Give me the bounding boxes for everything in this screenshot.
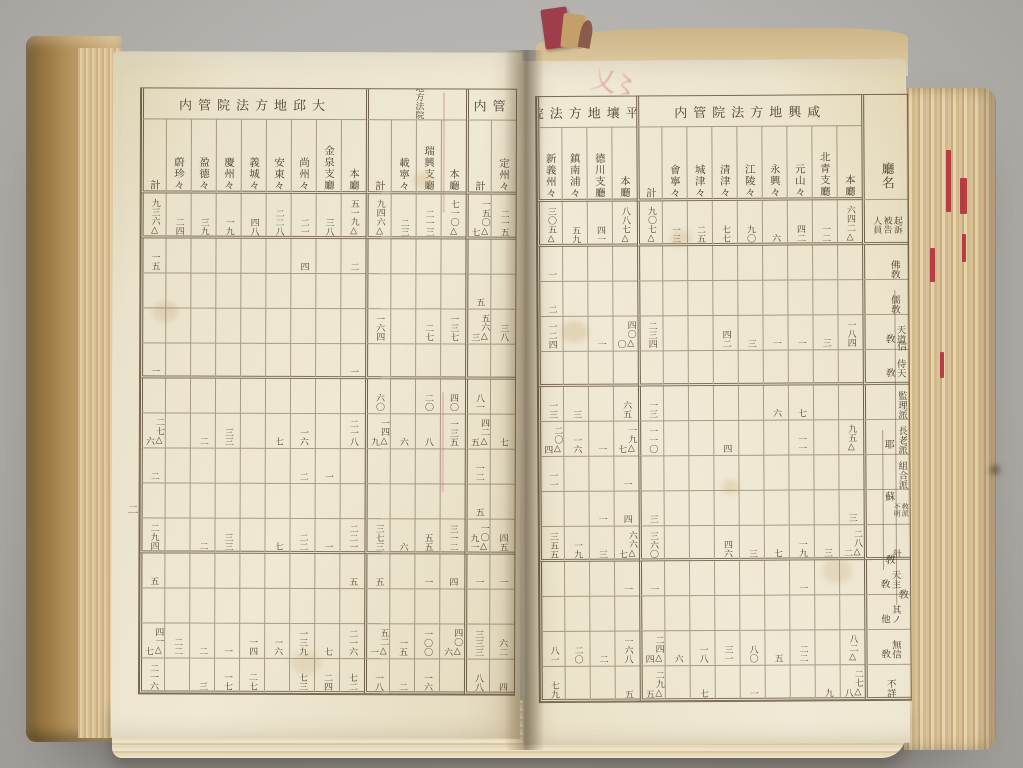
table-cell: △六六七: [614, 526, 639, 561]
table-cell: 一七: [214, 659, 239, 694]
table-cell: 七: [764, 526, 789, 561]
table-cell: [589, 562, 614, 597]
table-cell: [340, 484, 365, 519]
table-cell: [215, 274, 240, 309]
office-name: 盈德々: [191, 120, 216, 194]
table-cell: 一: [589, 492, 614, 527]
table-cell: 三: [812, 315, 837, 350]
table-cell: [415, 449, 440, 484]
office-name: 德川支廳: [586, 128, 611, 202]
table-cell: [315, 414, 340, 449]
office-name: 城津々: [686, 127, 711, 201]
table-cell: [664, 561, 689, 596]
office-name-corner-label: 廳名: [861, 95, 908, 200]
table-cell: [813, 455, 838, 490]
table-cell: 二二一: [339, 519, 364, 554]
table-cell: [663, 386, 688, 421]
table-cell: [564, 597, 589, 632]
table-cell: [714, 491, 739, 526]
table-cell: [787, 245, 812, 280]
table-cell: 二: [189, 624, 214, 659]
table-cell: 一: [315, 449, 340, 484]
office-name: 鎮南浦々: [561, 128, 586, 202]
table-cell: [165, 413, 190, 448]
table-cell: [665, 666, 690, 701]
table-cell: 二〇: [564, 632, 589, 667]
table-cell: [240, 239, 265, 274]
table-cell: [165, 238, 190, 273]
table-cell: [340, 309, 365, 344]
table-cell: △二八二: [839, 525, 864, 560]
table-cell: [765, 666, 790, 701]
table-cell: 四八: [241, 194, 266, 239]
table-cell: [390, 344, 415, 379]
table-cell: [637, 281, 662, 316]
table-cell: [264, 554, 289, 589]
table-cell: 一八: [689, 631, 714, 666]
table-cell: △二七八: [840, 665, 865, 700]
table-cell: △六四二: [837, 200, 862, 245]
table-cell: 七七: [712, 201, 737, 246]
table-cell: 四: [713, 421, 738, 456]
office-name: 計: [636, 127, 661, 201]
table-cell: [688, 421, 713, 456]
office-name: 計: [466, 121, 491, 195]
table-cell: [289, 589, 314, 624]
table-cell: [739, 561, 764, 596]
age-spot: [413, 172, 433, 188]
table-cell: 一: [414, 554, 439, 589]
office-name: 永興々: [761, 127, 786, 201]
table-cell: [837, 280, 862, 315]
table-cell: [314, 589, 339, 624]
table-cell: [415, 484, 440, 519]
office-name: 計: [141, 119, 166, 193]
table-cell: [812, 245, 837, 280]
table-cell: [790, 665, 815, 700]
table-cell: [139, 588, 164, 623]
table-cell: [239, 554, 264, 589]
age-spot: [670, 230, 692, 246]
table-cell: 一九: [564, 527, 589, 562]
table-cell: 二: [190, 414, 215, 449]
red-guide-line: [442, 392, 444, 492]
table-cell: [215, 449, 240, 484]
office-name: 慶州々: [216, 120, 241, 194]
table-cell: [638, 456, 663, 491]
table-cell: 二一: [291, 194, 316, 239]
table-cell: [763, 421, 788, 456]
age-spot: [822, 559, 852, 583]
table-cell: [240, 344, 265, 379]
table-cell: 五: [364, 554, 389, 589]
ribbon-mark: [962, 234, 966, 262]
table-cell: 一: [789, 560, 814, 595]
table-cell: [164, 518, 189, 553]
table-cell: 三: [639, 491, 664, 526]
table-cell: [390, 484, 415, 519]
table-cell: 六〇: [365, 379, 390, 414]
table-cell: [689, 491, 714, 526]
table-cell: 一五: [389, 624, 414, 659]
table-cell: 二一六: [339, 624, 364, 659]
table-cell: [390, 449, 415, 484]
table-cell: 一: [639, 561, 664, 596]
table-cell: [240, 309, 265, 344]
table-cell: [315, 379, 340, 414]
table-cell: [813, 350, 838, 385]
table-cell: [689, 561, 714, 596]
table-cell: 二〇: [415, 379, 440, 414]
table-cell: 一: [314, 519, 339, 554]
table-cell: 四二: [712, 316, 737, 351]
table-cell: [315, 274, 340, 309]
table-cell: [565, 667, 590, 702]
table-cell: [712, 281, 737, 316]
table-cell: 一: [614, 561, 639, 596]
table-cell: 二: [140, 448, 165, 483]
table-cell: [789, 490, 814, 525]
table-cell: △九〇七: [637, 201, 662, 246]
table-cell: 七: [264, 519, 289, 554]
table-cell: 四: [614, 491, 639, 526]
table-cell: 一六四: [365, 309, 390, 344]
table-cell: 八: [415, 414, 440, 449]
table-cell: [663, 351, 688, 386]
table-cell: 一六: [290, 414, 315, 449]
table-cell: [165, 378, 190, 413]
table-cell: [738, 351, 763, 386]
table-cell: 一一: [788, 420, 813, 455]
table-cell: [189, 589, 214, 624]
table-cell: [638, 351, 663, 386]
table-cell: [289, 554, 314, 589]
table-cell: 一六八: [614, 631, 639, 666]
table-cell: 一四: [239, 624, 264, 659]
table-cell: [562, 247, 587, 282]
table-cell: 一九: [789, 525, 814, 560]
table-cell: [838, 385, 863, 420]
table-cell: [712, 246, 737, 281]
table-cell: [315, 484, 340, 519]
table-cell: 五: [465, 485, 490, 520]
office-name: 安東々: [266, 120, 291, 194]
table-cell: [764, 491, 789, 526]
table-cell: [240, 414, 265, 449]
table-cell: △九五: [838, 420, 863, 455]
table-cell: 七: [788, 385, 813, 420]
table-cell: 一八四: [837, 315, 862, 350]
table-cell: [340, 379, 365, 414]
table-cell: [140, 378, 165, 413]
table-cell: 三: [739, 526, 764, 561]
table-cell: [415, 239, 440, 274]
table-cell: [265, 379, 290, 414]
table-cell: [190, 239, 215, 274]
table-cell: [739, 596, 764, 631]
left-page-table: 内管海州地方法院内管院法方地邱大定州々計本廳瑞興支廳載寧々計本廳金泉支廳尚州々安…: [138, 87, 517, 695]
table-cell: 三三: [214, 519, 239, 554]
table-cell: △八二: [839, 630, 864, 665]
dark-speck: [990, 465, 1000, 475]
table-cell: [813, 385, 838, 420]
table-cell: [464, 590, 489, 625]
table-cell: 二一八: [340, 414, 365, 449]
table-cell: [265, 274, 290, 309]
table-cell: 二二: [289, 519, 314, 554]
table-cell: [763, 456, 788, 491]
table-cell: [788, 455, 813, 490]
group-label-yaso: 耶蘇敎: [882, 430, 897, 570]
table-cell: [140, 483, 165, 518]
table-cell: [365, 484, 390, 519]
table-cell: 二二八: [266, 194, 291, 239]
table-cell: [637, 246, 662, 281]
table-cell: 二四: [166, 193, 191, 238]
table-cell: △四一七: [139, 623, 164, 658]
table-cell: [364, 589, 389, 624]
table-cell: [613, 351, 638, 386]
office-name: 義城々: [241, 120, 266, 194]
office-name: 會寧々: [661, 127, 686, 201]
table-cell: [787, 280, 812, 315]
table-cell: [814, 630, 839, 665]
ribbon-mark: [960, 178, 967, 214]
table-cell: [390, 274, 415, 309]
table-cell: △九四六: [366, 194, 391, 239]
table-cell: 一二: [465, 450, 490, 485]
age-spot: [152, 301, 178, 321]
table-cell: △九三六: [141, 193, 166, 238]
office-name: 蔚珍々: [166, 119, 191, 193]
table-cell: [265, 449, 290, 484]
table-cell: 二二: [789, 630, 814, 665]
table-cell: 一: [613, 456, 638, 491]
table-cell: [240, 274, 265, 309]
table-cell: 三: [814, 525, 839, 560]
table-cell: [688, 456, 713, 491]
table-cell: [688, 386, 713, 421]
table-cell: [589, 597, 614, 632]
table-cell: 三: [589, 527, 614, 562]
table-cell: [689, 526, 714, 561]
table-cell: [762, 246, 787, 281]
table-cell: [315, 309, 340, 344]
table-cell: 二三: [391, 194, 416, 239]
table-cell: 一: [587, 317, 612, 352]
table-cell: 六: [762, 201, 787, 246]
office-name: 載寧々: [391, 120, 416, 194]
table-cell: 三: [839, 490, 864, 525]
table-cell: 一六: [264, 624, 289, 659]
table-cell: [687, 246, 712, 281]
table-cell: [764, 596, 789, 631]
table-cell: 七: [314, 624, 339, 659]
table-cell: 三八: [316, 194, 341, 239]
office-name: 北青支廳: [811, 126, 836, 200]
table-cell: [839, 595, 864, 630]
table-cell: [340, 449, 365, 484]
table-cell: [714, 596, 739, 631]
age-spot: [291, 652, 321, 674]
table-cell: [688, 351, 713, 386]
table-cell: 一六: [563, 422, 588, 457]
table-cell: 四六: [714, 526, 739, 561]
table-cell: 五: [339, 554, 364, 589]
table-cell: [612, 281, 637, 316]
age-spot: [721, 480, 739, 494]
table-cell: [390, 379, 415, 414]
table-cell: [214, 589, 239, 624]
table-cell: [215, 484, 240, 519]
table-cell: [215, 239, 240, 274]
ribbon-mark: [946, 150, 951, 212]
book-gutter-shadow: [504, 50, 544, 750]
office-name: 本廳: [836, 126, 861, 200]
table-cell: [190, 274, 215, 309]
table-cell: [190, 344, 215, 379]
table-cell: 一六: [414, 659, 439, 694]
table-cell: [290, 309, 315, 344]
table-cell: [265, 239, 290, 274]
table-cell: 六: [389, 519, 414, 554]
table-cell: [738, 456, 763, 491]
table-cell: [240, 379, 265, 414]
table-cell: △五一九: [341, 194, 366, 239]
table-cell: [664, 526, 689, 561]
table-cell: [562, 282, 587, 317]
table-cell: [440, 344, 465, 379]
table-cell: [340, 274, 365, 309]
table-cell: [190, 484, 215, 519]
table-cell: 二一六: [139, 658, 164, 693]
table-cell: [439, 659, 464, 694]
table-cell: 九: [815, 665, 840, 700]
table-cell: [662, 316, 687, 351]
table-cell: 二: [290, 449, 315, 484]
table-cell: [588, 457, 613, 492]
table-cell: [189, 554, 214, 589]
table-cell: [587, 282, 612, 317]
table-cell: [764, 561, 789, 596]
table-cell: 六: [763, 386, 788, 421]
table-cell: 五: [764, 631, 789, 666]
table-cell: [439, 589, 464, 624]
table-cell: [290, 344, 315, 379]
row-label: 佛敎: [862, 245, 908, 280]
table-cell: [714, 561, 739, 596]
table-cell: △一〇九一: [464, 520, 489, 555]
table-cell: [365, 239, 390, 274]
table-cell: △一九七: [613, 421, 638, 456]
table-cell: [662, 281, 687, 316]
table-cell: [390, 239, 415, 274]
table-cell: [165, 483, 190, 518]
table-cell: 一九: [216, 194, 241, 239]
table-cell: 五: [615, 666, 640, 701]
table-cell: △八八七: [612, 201, 637, 246]
table-cell: [215, 309, 240, 344]
table-cell: 三三三: [464, 625, 489, 660]
table-cell: 一: [340, 344, 365, 379]
table-cell: [689, 596, 714, 631]
table-cell: [713, 386, 738, 421]
table-cell: 二九四: [139, 518, 164, 553]
table-cell: [739, 491, 764, 526]
table-cell: [164, 553, 189, 588]
table-cell: 七: [265, 414, 290, 449]
table-cell: 八一: [465, 380, 490, 415]
table-cell: [837, 245, 862, 280]
table-cell: 三七三: [364, 519, 389, 554]
table-cell: △一四九: [365, 414, 390, 449]
table-cell: △四〇六: [439, 624, 464, 659]
table-cell: 四: [439, 554, 464, 589]
table-cell: 二: [189, 519, 214, 554]
table-cell: [190, 309, 215, 344]
table-cell: 三九: [191, 194, 216, 239]
table-cell: [814, 595, 839, 630]
section-title: 内管院法方地興咸: [636, 95, 861, 127]
table-cell: 三一二: [439, 519, 464, 554]
table-cell: 四一: [587, 202, 612, 247]
table-cell: [365, 449, 390, 484]
table-cell: 一一〇: [638, 421, 663, 456]
table-cell: [465, 240, 490, 275]
section-title: 内管院法方地邱大: [141, 88, 366, 120]
table-cell: [737, 246, 762, 281]
table-cell: 一三七: [440, 309, 465, 344]
table-cell: [164, 658, 189, 693]
table-cell: [414, 589, 439, 624]
table-cell: [190, 449, 215, 484]
table-cell: [838, 350, 863, 385]
table-cell: [290, 484, 315, 519]
right-page-table: 廳名内管院法方地興咸院法方地壤平本廳北青支廳元山々永興々江陵々清津々城津々會寧々…: [535, 94, 912, 703]
table-cell: 七: [690, 666, 715, 701]
table-cell: [813, 420, 838, 455]
table-cell: 二二: [164, 623, 189, 658]
table-cell: △四〇〇: [612, 316, 637, 351]
table-cell: 一八: [364, 659, 389, 694]
table-cell: 一: [464, 555, 489, 590]
table-cell: 一: [762, 316, 787, 351]
table-cell: [365, 274, 390, 309]
office-name: 元山々: [786, 126, 811, 200]
table-cell: [239, 589, 264, 624]
table-cell: [315, 239, 340, 274]
table-cell: [265, 344, 290, 379]
table-cell: 二: [589, 632, 614, 667]
table-cell: [612, 246, 637, 281]
table-cell: [762, 281, 787, 316]
left-page: 内管海州地方法院内管院法方地邱大定州々計本廳瑞興支廳載寧々計本廳金泉支廳尚州々安…: [111, 51, 522, 738]
table-cell: [215, 344, 240, 379]
table-cell: [465, 345, 490, 380]
table-cell: [662, 246, 687, 281]
table-cell: [738, 386, 763, 421]
table-cell: 一〇〇: [414, 624, 439, 659]
table-cell: [563, 457, 588, 492]
table-cell: [738, 421, 763, 456]
ribbon-mark: [940, 352, 944, 378]
table-cell: [812, 280, 837, 315]
table-cell: 四: [290, 239, 315, 274]
table-cell: 三: [563, 387, 588, 422]
office-name: 本廳: [611, 127, 636, 201]
row-label: 起訴被告人員: [862, 200, 908, 245]
table-cell: [389, 554, 414, 589]
